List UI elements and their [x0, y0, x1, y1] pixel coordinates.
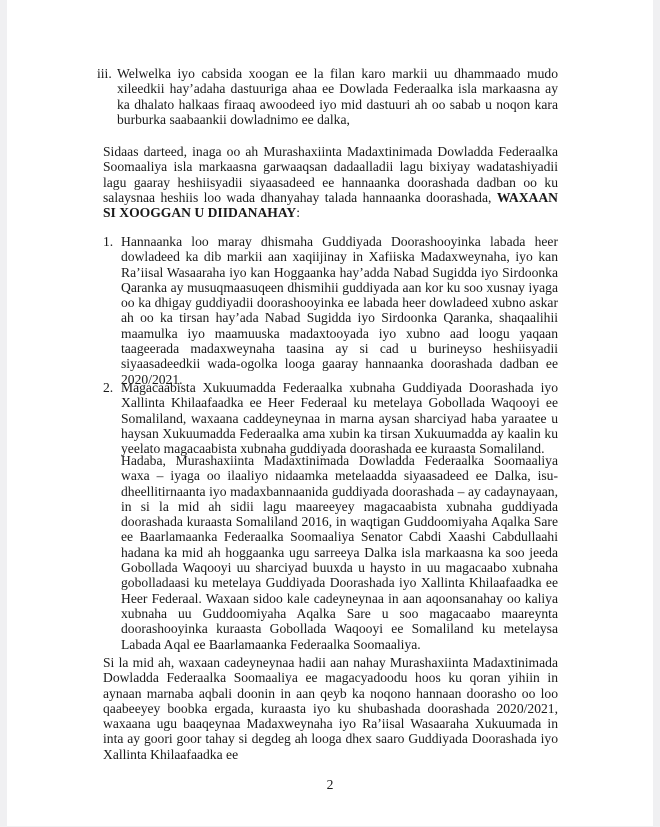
paragraph-hadaba: Hadaba, Murashaxiinta Madaxtinimada Dowl… [121, 453, 558, 652]
paragraph-text: Sidaas darteed, inaga oo ah Murashaxiint… [103, 144, 558, 205]
paragraph-si-la-mid-ah: Si la mid ah, waxaan cadeyneynaa hadii a… [103, 655, 558, 762]
list-marker: iii. [97, 66, 112, 81]
list-item-iii: iii. Welwelka iyo cabsida xoogan ee la f… [117, 66, 558, 127]
document-page: iii. Welwelka iyo cabsida xoogan ee la f… [7, 0, 653, 826]
list-item-text: Magacaabista Xukuumadda Federaalka xubna… [121, 380, 558, 456]
paragraph-text: Si la mid ah, waxaan cadeyneynaa hadii a… [103, 655, 558, 762]
list-marker: 2. [103, 380, 113, 395]
page-number: 2 [7, 777, 653, 793]
list-item-2: 2. Magacaabista Xukuumadda Federaalka xu… [121, 380, 558, 456]
list-item-1: 1. Hannaanka loo maray dhismaha Guddiyad… [121, 234, 558, 387]
paragraph-trailing: : [296, 205, 300, 220]
paragraph-sidaas: Sidaas darteed, inaga oo ah Murashaxiint… [103, 144, 558, 220]
list-marker: 1. [103, 234, 113, 249]
list-item-text: Welwelka iyo cabsida xoogan ee la filan … [117, 66, 558, 127]
paragraph-text: Hadaba, Murashaxiinta Madaxtinimada Dowl… [121, 453, 558, 652]
list-item-text: Hannaanka loo maray dhismaha Guddiyada D… [121, 234, 558, 387]
